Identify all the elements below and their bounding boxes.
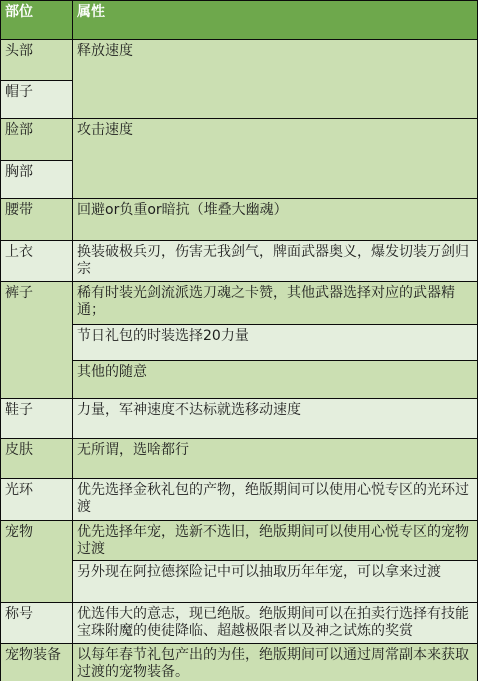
- table-row: 称号优选伟大的意志，现已绝版。绝版期间可以在拍卖行选择有技能宝珠附魔的使徒降临、…: [1, 603, 478, 644]
- table-row: 光环优先选择金秋礼包的产物，绝版期间可以使用心悦专区的光环过渡: [1, 479, 478, 521]
- attribute-cell: 力量，军神速度不达标就选移动速度: [73, 399, 478, 439]
- table-row: 皮肤无所谓，选啥都行: [1, 439, 478, 479]
- attribute-cell: 优选伟大的意志，现已绝版。绝版期间可以在拍卖行选择有技能宝珠附魔的使徒降临、超越…: [73, 603, 478, 644]
- attribute-cell: 释放速度: [73, 40, 478, 119]
- attribute-cell: 无所谓，选啥都行: [73, 439, 478, 479]
- table-row: 宠物装备以每年春节礼包产出的为佳，绝版期间可以通过周常副本来获取过渡的宠物装备。: [1, 644, 478, 681]
- attribute-cell: 稀有时装光剑流派选刀魂之卡赞，其他武器选择对应的武器精通；: [73, 282, 478, 325]
- attribute-cell: 攻击速度: [73, 119, 478, 199]
- part-cell: 头部: [1, 40, 73, 81]
- attribute-cell: 回避or负重or暗抗（堆叠大幽魂）: [73, 199, 478, 241]
- attribute-cell: 优先选择金秋礼包的产物，绝版期间可以使用心悦专区的光环过渡: [73, 479, 478, 521]
- part-cell: 胸部: [1, 161, 73, 199]
- part-cell: 宠物: [1, 521, 73, 603]
- attribute-cell: 其他的随意: [73, 361, 478, 399]
- attribute-cell: 节日礼包的时装选择20力量: [73, 325, 478, 361]
- table-row: 裤子稀有时装光剑流派选刀魂之卡赞，其他武器选择对应的武器精通；: [1, 282, 478, 325]
- column-header-part: 部位: [1, 1, 73, 40]
- attribute-cell: 以每年春节礼包产出的为佳，绝版期间可以通过周常副本来获取过渡的宠物装备。: [73, 644, 478, 681]
- table-row: 另外现在阿拉德探险记中可以抽取历年年宠，可以拿来过渡: [1, 561, 478, 603]
- table-row: 其他的随意: [1, 361, 478, 399]
- part-cell: 脸部: [1, 119, 73, 161]
- part-cell: 腰带: [1, 199, 73, 241]
- attribute-cell: 换装破极兵刃，伤害无我剑气，牌面武器奥义，爆发切装万剑归宗: [73, 241, 478, 282]
- part-cell: 宠物装备: [1, 644, 73, 681]
- part-cell: 帽子: [1, 81, 73, 119]
- table-row: 头部释放速度: [1, 40, 478, 81]
- equipment-attribute-table: 部位 属性 头部释放速度帽子脸部攻击速度胸部腰带回避or负重or暗抗（堆叠大幽魂…: [0, 0, 478, 681]
- part-cell: 裤子: [1, 282, 73, 399]
- part-cell: 鞋子: [1, 399, 73, 439]
- column-header-attr: 属性: [73, 1, 478, 40]
- table-row: 脸部攻击速度: [1, 119, 478, 161]
- part-cell: 皮肤: [1, 439, 73, 479]
- attribute-cell: 另外现在阿拉德探险记中可以抽取历年年宠，可以拿来过渡: [73, 561, 478, 603]
- part-cell: 上衣: [1, 241, 73, 282]
- part-cell: 称号: [1, 603, 73, 644]
- header-row: 部位 属性: [1, 1, 478, 40]
- equipment-attribute-sheet: 部位 属性 头部释放速度帽子脸部攻击速度胸部腰带回避or负重or暗抗（堆叠大幽魂…: [0, 0, 478, 681]
- table-row: 宠物优先选择年宠，选新不选旧，绝版期间可以使用心悦专区的宠物过渡: [1, 521, 478, 561]
- table-row: 节日礼包的时装选择20力量: [1, 325, 478, 361]
- table-row: 腰带回避or负重or暗抗（堆叠大幽魂）: [1, 199, 478, 241]
- attribute-cell: 优先选择年宠，选新不选旧，绝版期间可以使用心悦专区的宠物过渡: [73, 521, 478, 561]
- table-row: 上衣换装破极兵刃，伤害无我剑气，牌面武器奥义，爆发切装万剑归宗: [1, 241, 478, 282]
- part-cell: 光环: [1, 479, 73, 521]
- table-row: 鞋子力量，军神速度不达标就选移动速度: [1, 399, 478, 439]
